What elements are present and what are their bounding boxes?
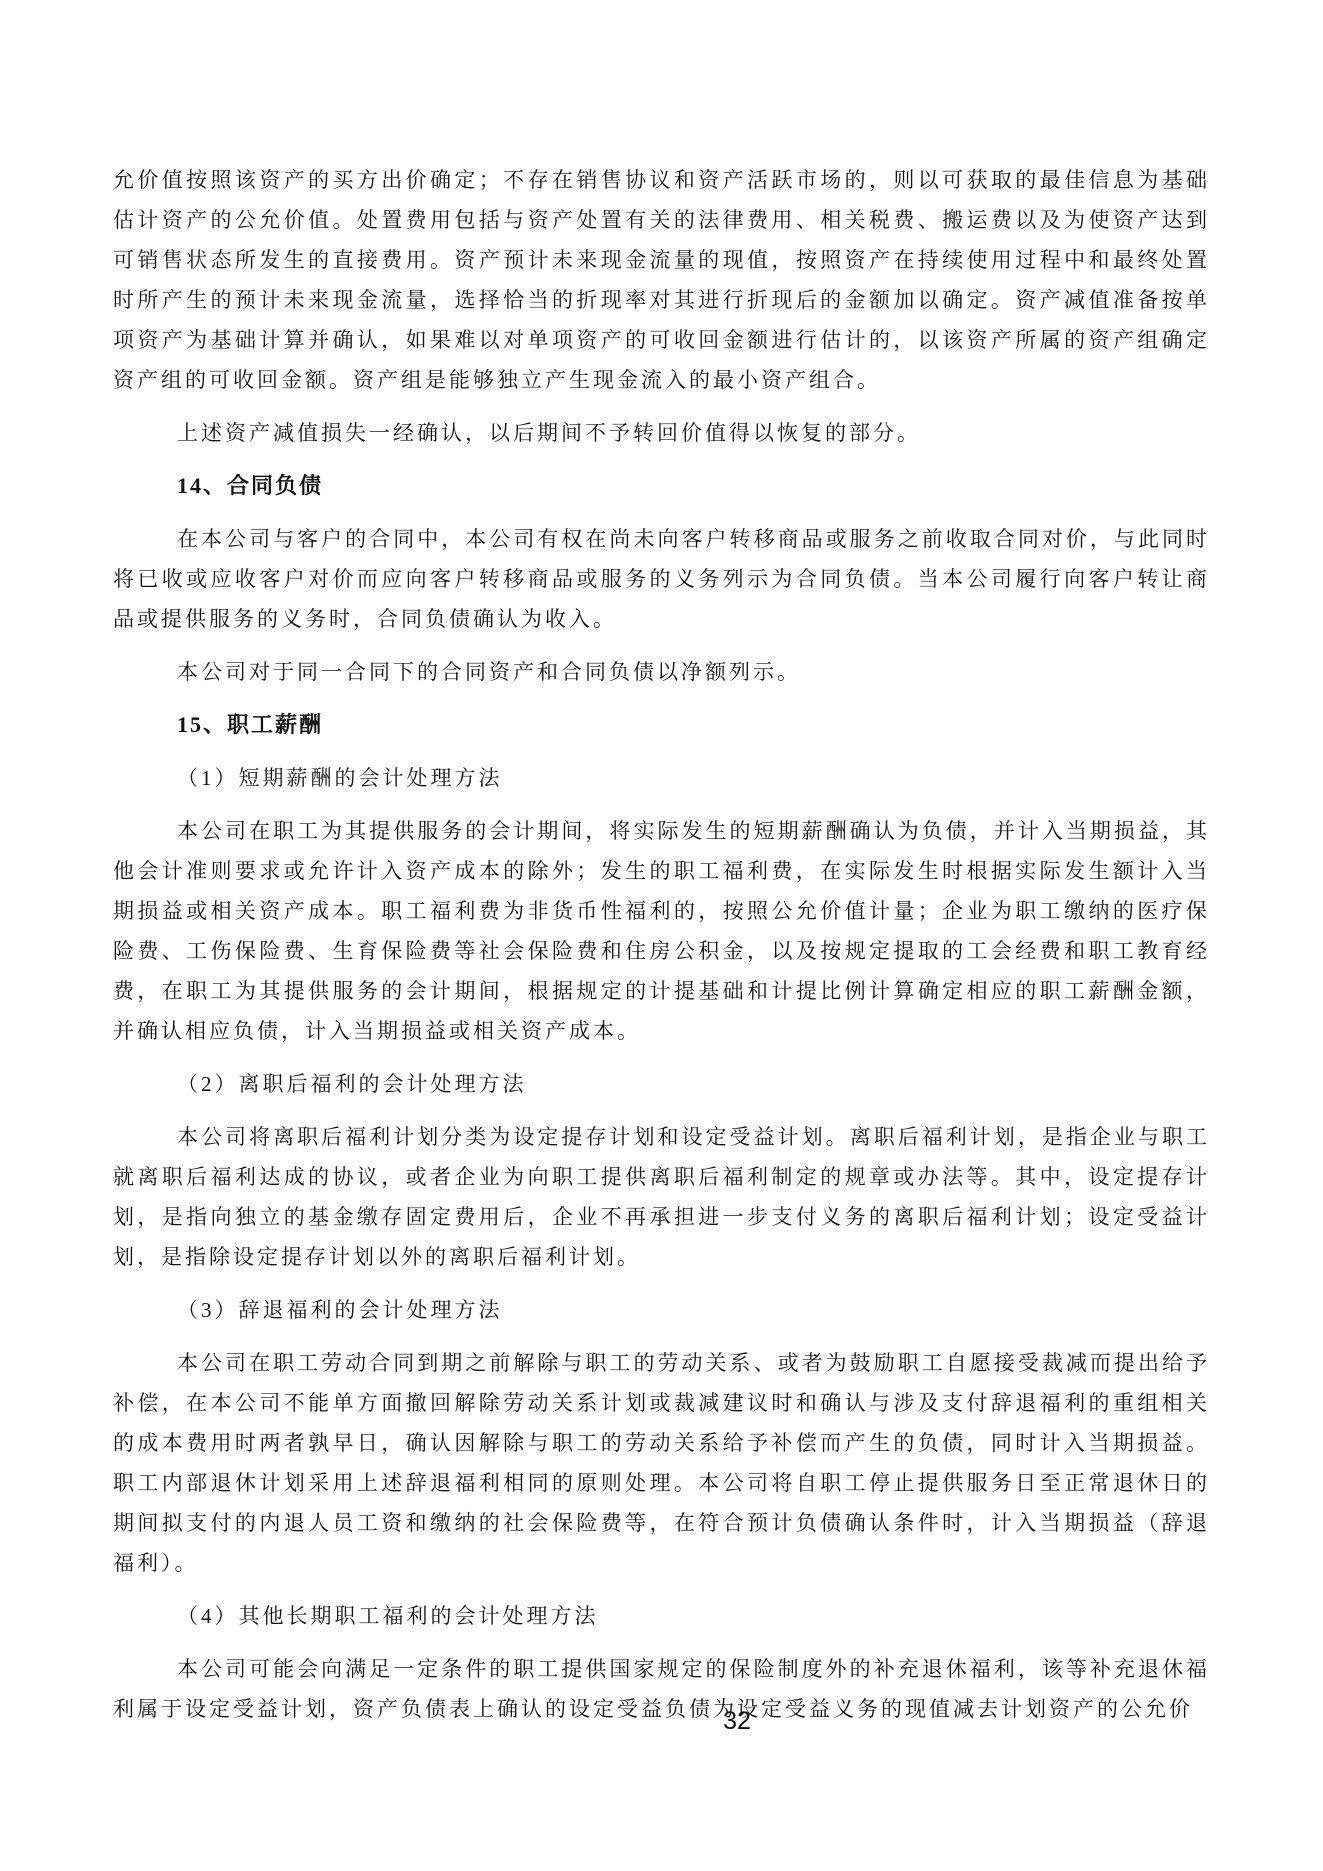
section-heading: 15、职工薪酬	[113, 705, 1210, 745]
subsection-heading: （3）辞退福利的会计处理方法	[113, 1290, 1210, 1330]
paragraph: 本公司将离职后福利计划分类为设定提存计划和设定受益计划。离职后福利计划，是指企业…	[113, 1117, 1210, 1277]
subsection-heading: （1）短期薪酬的会计处理方法	[113, 758, 1210, 798]
paragraph: 上述资产减值损失一经确认，以后期间不予转回价值得以恢复的部分。	[113, 413, 1210, 453]
paragraph: 本公司在职工劳动合同到期之前解除与职工的劳动关系、或者为鼓励职工自愿接受裁减而提…	[113, 1343, 1210, 1583]
page-number: 32	[637, 1705, 837, 1737]
paragraph: 本公司对于同一合同下的合同资产和合同负债以净额列示。	[113, 652, 1210, 692]
document-body: 允价值按照该资产的买方出价确定；不存在销售协议和资产活跃市场的，则以可获取的最佳…	[113, 160, 1210, 1742]
paragraph: 允价值按照该资产的买方出价确定；不存在销售协议和资产活跃市场的，则以可获取的最佳…	[113, 160, 1210, 400]
subsection-heading: （4）其他长期职工福利的会计处理方法	[113, 1596, 1210, 1636]
document-page: 允价值按照该资产的买方出价确定；不存在销售协议和资产活跃市场的，则以可获取的最佳…	[0, 0, 1323, 1871]
paragraph: 在本公司与客户的合同中，本公司有权在尚未向客户转移商品或服务之前收取合同对价，与…	[113, 519, 1210, 639]
paragraph: 本公司在职工为其提供服务的会计期间，将实际发生的短期薪酬确认为负债，并计入当期损…	[113, 811, 1210, 1051]
subsection-heading: （2）离职后福利的会计处理方法	[113, 1064, 1210, 1104]
section-heading: 14、合同负债	[113, 466, 1210, 506]
